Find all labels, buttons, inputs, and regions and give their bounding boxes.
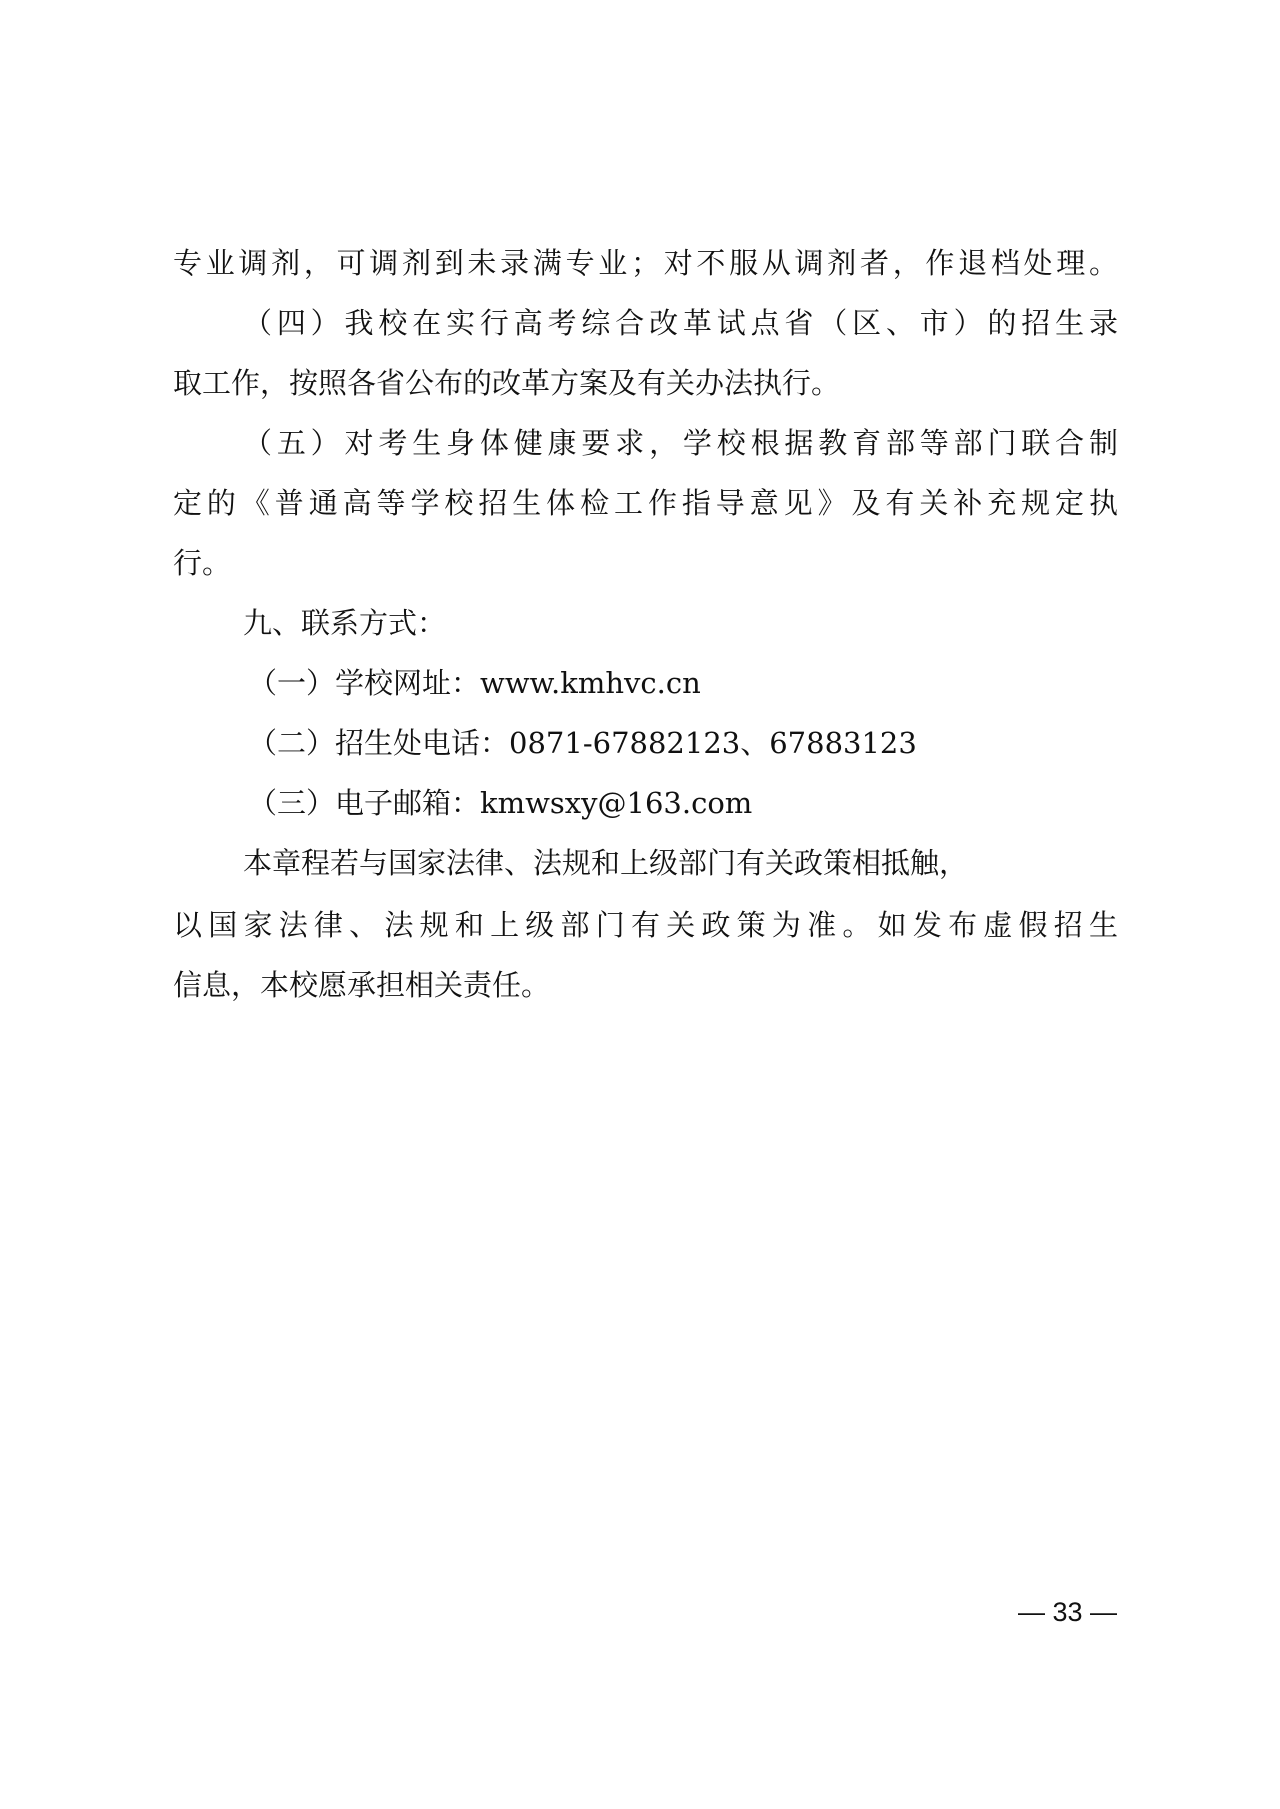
paragraph-item-five-line-2: 定的《普通高等学校招生体检工作指导意见》及有关补充规定执 [173,483,1118,523]
contact-email-line: （三）电子邮箱：kmwsxy@163.com [248,783,752,823]
closing-paragraph-line-2: 以国家法律、法规和上级部门有关政策为准。如发布虚假招生 [173,905,1118,945]
paragraph-item-four-line-1: （四）我校在实行高考综合改革试点省（区、市）的招生录 [243,303,1118,343]
contact-phone-line: （二）招生处电话：0871-67882123、67883123 [248,723,917,763]
document-page: 专业调剂，可调剂到未录满专业；对不服从调剂者，作退档处理。 （四）我校在实行高考… [0,0,1280,1809]
section-heading-contact: 九、联系方式： [243,603,446,643]
contact-website-label: （一）学校网址： [248,666,480,700]
contact-phone-label: （二）招生处电话： [248,726,509,760]
paragraph-item-four-line-2: 取工作，按照各省公布的改革方案及有关办法执行。 [173,363,840,403]
paragraph-line-adjustment-end: 专业调剂，可调剂到未录满专业；对不服从调剂者，作退档处理。 [173,243,1118,283]
contact-website-line: （一）学校网址：www.kmhvc.cn [248,663,701,703]
contact-website-value[interactable]: www.kmhvc.cn [480,666,701,700]
closing-paragraph-line-3: 信息，本校愿承担相关责任。 [173,965,550,1005]
contact-email-value[interactable]: kmwsxy@163.com [480,786,752,820]
contact-email-label: （三）电子邮箱： [248,786,480,820]
paragraph-item-five-line-1: （五）对考生身体健康要求，学校根据教育部等部门联合制 [243,423,1118,463]
closing-paragraph-line-1: 本章程若与国家法律、法规和上级部门有关政策相抵触， [243,843,968,883]
paragraph-item-five-line-3: 行。 [173,543,231,583]
contact-phone-value: 0871-67882123、67883123 [509,726,917,760]
page-number: — 33 — [1010,1594,1125,1630]
